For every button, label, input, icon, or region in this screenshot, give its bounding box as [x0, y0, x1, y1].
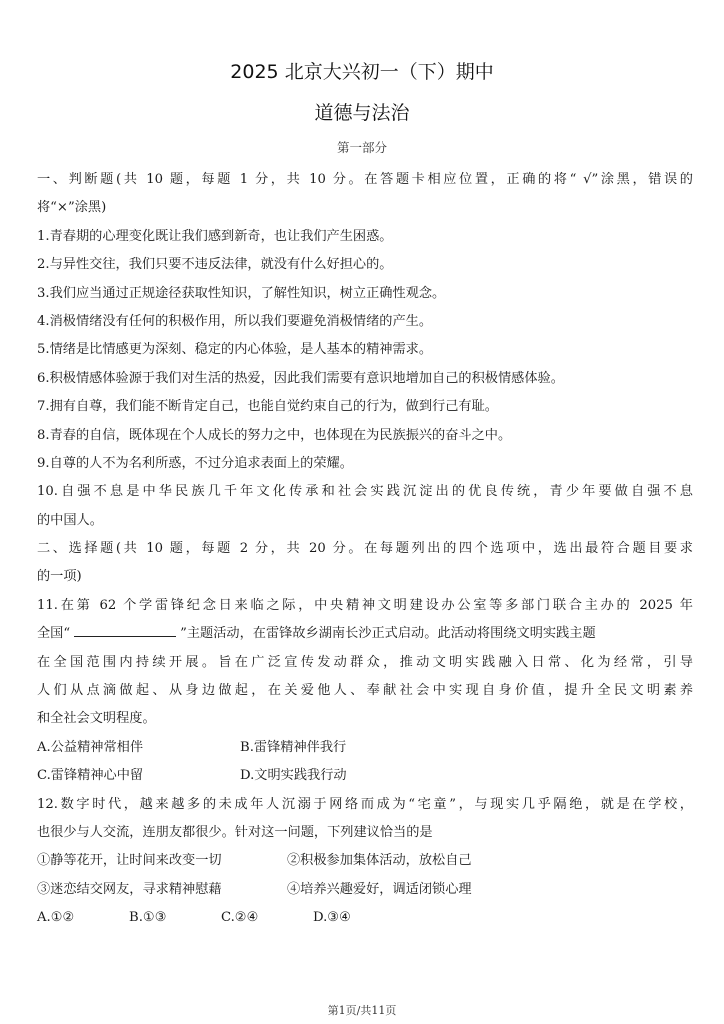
- question-12-option-b: B.①③: [129, 904, 221, 932]
- question-12-statements-row1: ①静等花开，让时间来改变一切 ②积极参加集体活动，放松自己: [37, 847, 693, 875]
- answer-blank: [74, 622, 176, 637]
- question-1: 1.青春期的心理变化既让我们感到新奇，也让我们产生困惑。: [37, 223, 693, 251]
- question-5: 5.情绪是比情感更为深刻、稳定的内心体验，是人基本的精神需求。: [37, 336, 693, 364]
- question-11-line3: 在全国范围内持续开展。旨在广泛宣传发动群众，推动文明实践融入日常、化为经常，引导: [37, 649, 693, 677]
- part-heading: 第一部分: [0, 138, 724, 158]
- question-11-line2: 全国“”主题活动，在雷锋故乡湖南长沙正式启动。此活动将围绕文明实践主题: [37, 620, 693, 648]
- question-11-line5: 和全社会文明程度。: [37, 705, 693, 733]
- question-12-line2: 也很少与人交流，连朋友都很少。针对这一问题，下列建议恰当的是: [37, 819, 693, 847]
- question-9: 9.自尊的人不为名利所惑，不过分追求表面上的荣耀。: [37, 450, 693, 478]
- question-11-option-a: A.公益精神常相伴: [37, 734, 240, 762]
- question-12-statement-4: ④培养兴趣爱好，调适闭锁心理: [287, 876, 472, 904]
- exam-page: 2025 北京大兴初一（下）期中 道德与法治 第一部分 一、判断题(共 10 题…: [0, 0, 724, 1024]
- question-11-line2-after: ”主题活动，在雷锋故乡湖南长沙正式启动。此活动将围绕文明实践主题: [180, 626, 596, 641]
- section1-instruction-line1: 一、判断题(共 10 题，每题 1 分，共 10 分。在答题卡相应位置，正确的将…: [37, 166, 693, 194]
- question-12-statement-3: ③迷恋结交网友，寻求精神慰藉: [37, 876, 287, 904]
- question-6: 6.积极情感体验源于我们对生活的热爱，因此我们需要有意识地增加自己的积极情感体验…: [37, 365, 693, 393]
- question-11-option-b: B.雷锋精神伴我行: [240, 734, 346, 762]
- question-3: 3.我们应当通过正规途径获取性知识，了解性知识，树立正确性观念。: [37, 280, 693, 308]
- page-indicator: 第1页/共11页: [0, 1003, 724, 1019]
- question-10-line2: 的中国人。: [37, 507, 693, 535]
- section1-instruction-line2: 将“×”涂黑): [37, 194, 693, 222]
- question-12-statements-row2: ③迷恋结交网友，寻求精神慰藉 ④培养兴趣爱好，调适闭锁心理: [37, 876, 693, 904]
- exam-body: 一、判断题(共 10 题，每题 1 分，共 10 分。在答题卡相应位置，正确的将…: [37, 166, 693, 933]
- question-12-option-d: D.③④: [313, 904, 405, 932]
- question-11-option-d: D.文明实践我行动: [240, 762, 347, 790]
- question-11-line1: 11.在第 62 个学雷锋纪念日来临之际，中央精神文明建设办公室等多部门联合主办…: [37, 592, 693, 620]
- question-11-line2-before: 全国“: [37, 626, 70, 641]
- question-10-line1: 10.自强不息是中华民族几千年文化传承和社会实践沉淀出的优良传统，青少年要做自强…: [37, 478, 693, 506]
- question-12-statement-1: ①静等花开，让时间来改变一切: [37, 847, 287, 875]
- question-4: 4.消极情绪没有任何的积极作用，所以我们要避免消极情绪的产生。: [37, 308, 693, 336]
- question-12-option-a: A.①②: [37, 904, 129, 932]
- question-8: 8.青春的自信，既体现在个人成长的努力之中，也体现在为民族振兴的奋斗之中。: [37, 422, 693, 450]
- question-12-option-c: C.②④: [221, 904, 313, 932]
- question-11-options-row2: C.雷锋精神心中留 D.文明实践我行动: [37, 762, 693, 790]
- question-12-statement-2: ②积极参加集体活动，放松自己: [287, 847, 472, 875]
- question-11-line4: 人们从点滴做起、从身边做起，在关爱他人、奉献社会中实现自身价值，提升全民文明素养: [37, 677, 693, 705]
- question-11-options-row1: A.公益精神常相伴 B.雷锋精神伴我行: [37, 734, 693, 762]
- question-7: 7.拥有自尊，我们能不断肯定自己，也能自觉约束自己的行为，做到行己有耻。: [37, 393, 693, 421]
- question-12-options: A.①② B.①③ C.②④ D.③④: [37, 904, 693, 932]
- subject-title: 道德与法治: [0, 99, 724, 127]
- exam-title: 2025 北京大兴初一（下）期中: [0, 58, 724, 86]
- section2-instruction-line2: 的一项): [37, 563, 693, 591]
- question-11-option-c: C.雷锋精神心中留: [37, 762, 240, 790]
- section2-instruction-line1: 二、选择题(共 10 题，每题 2 分，共 20 分。在每题列出的四个选项中，选…: [37, 535, 693, 563]
- question-2: 2.与异性交往，我们只要不违反法律，就没有什么好担心的。: [37, 251, 693, 279]
- question-12-line1: 12.数字时代，越来越多的未成年人沉溺于网络而成为“宅童”，与现实几乎隔绝，就是…: [37, 791, 693, 819]
